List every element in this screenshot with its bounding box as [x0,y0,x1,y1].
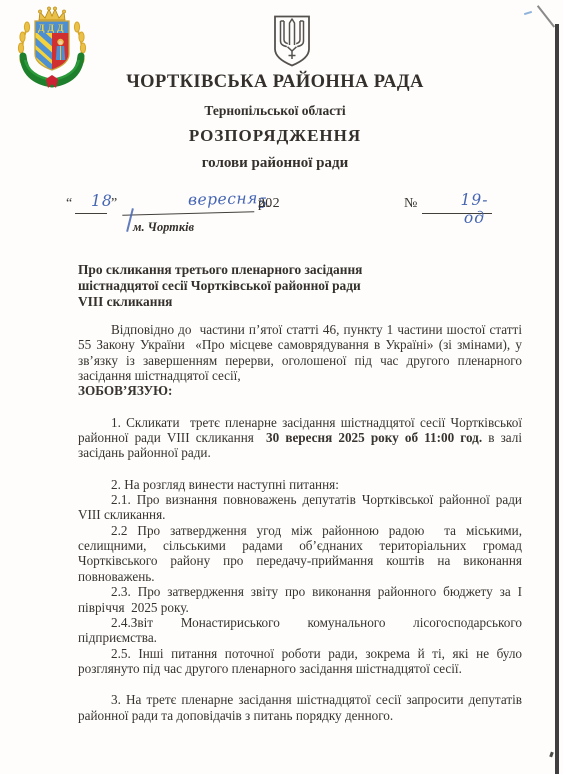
org-name: ЧОРТКІВСЬКА РАЙОННА РАДА [20,72,530,93]
scan-bottom-speck [549,752,554,758]
item-2-5-paragraph: 2.5. Інші питання поточної роботи ради, … [78,646,522,677]
subject-line-2: шістнадцятої сесії Чортківської районної… [78,278,418,294]
day-field: 18 [75,192,107,214]
scanned-document-page: ДДД ЧОРТКІВСЬКА РАЙОННА РАДА Т [0,0,563,774]
year-suffix: р. [258,196,269,212]
place-name: м. Чортків [133,220,194,235]
scan-edge-diagonal [537,5,555,27]
month-field: вересня [122,189,255,215]
region-name: Тернопільської області [20,103,530,119]
item-2-4-paragraph: 2.4.Звіт Монастириського комунального лі… [78,615,522,646]
subject-line-1: Про скликання третього пленарного засіда… [78,262,418,278]
document-body: Відповідно до частини п’ятої статті 46, … [78,322,522,723]
number-field: 19- од [422,191,492,214]
day-handwritten-value: 18 [91,192,113,210]
doc-author-line: голови районної ради [20,155,530,172]
oblige-line: ЗОБОВ’ЯЗУЮ: [78,383,522,398]
doc-type-title: РОЗПОРЯДЖЕННЯ [20,126,530,146]
subject-line-3: VIII скликання [78,294,418,310]
item-2-2-paragraph: 2.2 Про затвердження угод між районною р… [78,523,522,584]
svg-text:Д: Д [57,24,64,34]
item-2-3-paragraph: 2.3. Про затвердження звіту про виконанн… [78,584,522,615]
trident-emblem-icon [272,14,312,68]
scan-edge-line [555,24,559,774]
number-handwritten-value: 19- од [457,191,492,227]
scan-blue-speck [524,11,532,15]
date-number-line: “ 18 ” вересня 202..5...р. № 19- од [66,195,526,221]
intro-paragraph: Відповідно до частини п’ятої статті 46, … [78,322,522,383]
subject-block: Про скликання третього пленарного засіда… [78,262,418,311]
number-label: № [404,196,417,212]
item-1-date-bold: 30 вересня 2025 року об 11:00 год. [266,430,482,445]
quote-close: ” [111,196,117,212]
item-3-paragraph: 3. На третє пленарне засідання шістнадця… [78,692,522,723]
item-1-paragraph: 1. Скликати третє пленарне засідання шіс… [78,415,522,461]
quote-open: “ [66,196,72,212]
item-2-1-paragraph: 2.1. Про визнання повноважень депутатів … [78,492,522,523]
svg-text:Д: Д [48,24,55,34]
month-handwritten-value: вересня [188,189,258,209]
trident-shield-graphic [272,14,312,68]
svg-text:Д: Д [38,24,45,34]
item-2-paragraph: 2. На розгляд винести наступні питання: [78,477,522,492]
